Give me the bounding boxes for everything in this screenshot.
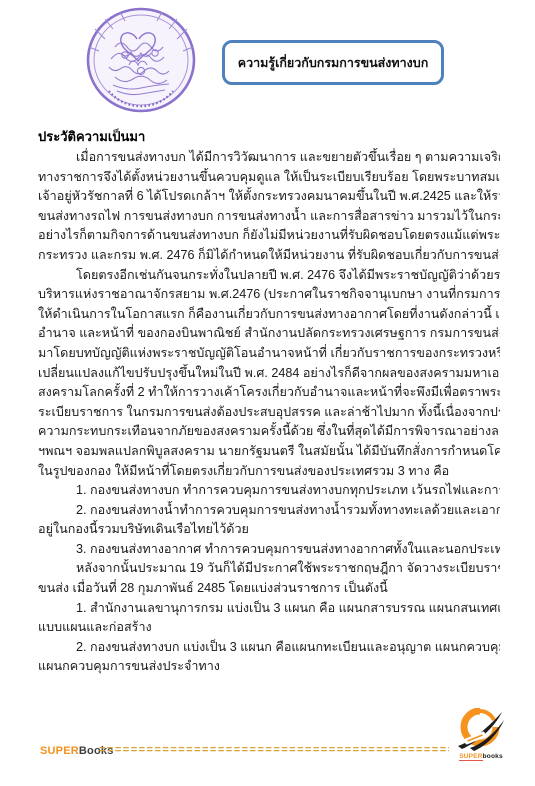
- document-page: ความรู้เกี่ยวกับกรมการขนส่งทางบก ประวัติ…: [0, 0, 535, 786]
- footer-logo: SUPERbooks: [450, 708, 512, 760]
- footer-brand-super: SUPER: [40, 745, 79, 757]
- section-heading: ประวัติความเป็นมา: [38, 126, 145, 147]
- paragraph: โดยตรงอีกเช่นกันจนกระทั่งในปลายปี พ.ศ. 2…: [38, 266, 500, 482]
- paragraph: 1. สำนักงานเลขานุการกรม แบ่งเป็น 3 แผนก …: [38, 599, 500, 638]
- logo-text-books: books: [483, 753, 503, 760]
- text-line: บริหารแห่งราชอาณาจักรสยาม พ.ศ.2476 (ประก…: [38, 285, 500, 305]
- text-line: เปลี่ยนแปลงแก้ไขปรับปรุงขึ้นใหม่ในปี พ.ศ…: [38, 364, 500, 384]
- footer-divider: ========================================…: [99, 744, 449, 756]
- paragraph: เมื่อการขนส่งทางบก ได้มีการวิวัฒนาการ แล…: [38, 148, 500, 266]
- text-line: หลังจากนั้นประมาณ 19 วันก็ได้มีประกาศใช้…: [38, 559, 500, 579]
- text-line: อำนาจ และหน้าที่ ของกองบินพาณิชย์ สำนักง…: [38, 324, 500, 344]
- footer-logo-text: SUPERbooks: [459, 753, 503, 760]
- title-box: ความรู้เกี่ยวกับกรมการขนส่งทางบก: [222, 40, 444, 85]
- text-line: โดยตรงอีกเช่นกันจนกระทั่งในปลายปี พ.ศ. 2…: [38, 266, 500, 286]
- page-footer: SUPERBooks =============================…: [0, 706, 535, 776]
- text-line: ระเบียบราชการ ในกรมการขนส่งต้องประสบอุปส…: [38, 403, 500, 423]
- text-line: แบบแผนและก่อสร้าง: [38, 618, 500, 638]
- paragraph: 2. กองขนส่งทางน้ำทำการควบคุมการขนส่งทางน…: [38, 501, 500, 540]
- text-line: ในรูปของกอง ให้มีหน้าที่โดยตรงเกี่ยวกับก…: [38, 462, 500, 482]
- text-line: ฯพณฯ จอมพลแปลกพิบูลสงคราม นายกรัฐมนตรี ใ…: [38, 442, 500, 462]
- text-line: แผนกควบคุมการขนส่งประจำทาง: [38, 657, 500, 677]
- text-line: อยู่ในกองนี้รวมบริษัทเดินเรือไทยไว้ด้วย: [38, 520, 500, 540]
- text-line: เจ้าอยู่หัวรัชกาลที่ 6 ได้โปรดเกล้าฯ ให้…: [38, 187, 500, 207]
- paragraph: 3. กองขนส่งทางอากาศ ทำการควบคุมการขนส่งท…: [38, 540, 500, 560]
- text-line: 1. กองขนส่งทางบก ทำการควบคุมการขนส่งทางบ…: [38, 481, 500, 501]
- text-line: 3. กองขนส่งทางอากาศ ทำการควบคุมการขนส่งท…: [38, 540, 500, 560]
- text-line: อย่างไรก็ตามกิจการด้านขนส่งทางบก ก็ยังไม…: [38, 226, 500, 246]
- superbooks-logo-icon: [456, 708, 506, 752]
- paragraph: 1. กองขนส่งทางบก ทำการควบคุมการขนส่งทางบ…: [38, 481, 500, 501]
- text-line: ทางราชการจึงได้ตั้งหน่วยงานขึ้นควบคุมดูแ…: [38, 168, 500, 188]
- text-line: สงครามโลกครั้งที่ 2 ทำให้การวางเค้าโครงเ…: [38, 383, 500, 403]
- text-line: ให้ดำเนินการในโอกาสแรก ก็คืองานเกี่ยวกับ…: [38, 305, 500, 325]
- text-line: ขนส่ง เมื่อวันที่ 28 กุมภาพันธ์ 2485 โดย…: [38, 579, 500, 599]
- text-line: 2. กองขนส่งทางน้ำทำการควบคุมการขนส่งทางน…: [38, 501, 500, 521]
- text-line: 1. สำนักงานเลขานุการกรม แบ่งเป็น 3 แผนก …: [38, 599, 500, 619]
- page-title: ความรู้เกี่ยวกับกรมการขนส่งทางบก: [238, 53, 429, 73]
- text-line: เมื่อการขนส่งทางบก ได้มีการวิวัฒนาการ แล…: [38, 148, 500, 168]
- text-line: 2. กองขนส่งทางบก แบ่งเป็น 3 แผนก คือแผนก…: [38, 638, 500, 658]
- logo-text-super: SUPER: [459, 753, 482, 761]
- document-body: เมื่อการขนส่งทางบก ได้มีการวิวัฒนาการ แล…: [38, 148, 500, 677]
- text-line: ความกระทบกระเทือนจากภัยของสงครามครั้งนี้…: [38, 422, 500, 442]
- text-line: ขนส่งทางรถไฟ การขนส่งทางบก การขนส่งทางน้…: [38, 207, 500, 227]
- text-line: กระทรวง และกรม พ.ศ. 2476 ก็มิได้กำหนดให้…: [38, 246, 500, 266]
- department-seal-icon: [85, 7, 197, 114]
- text-line: มาโดยบทบัญญัติแห่งพระราชบัญญัติโอนอำนาจห…: [38, 344, 500, 364]
- paragraph: 2. กองขนส่งทางบก แบ่งเป็น 3 แผนก คือแผนก…: [38, 638, 500, 677]
- paragraph: หลังจากนั้นประมาณ 19 วันก็ได้มีประกาศใช้…: [38, 559, 500, 598]
